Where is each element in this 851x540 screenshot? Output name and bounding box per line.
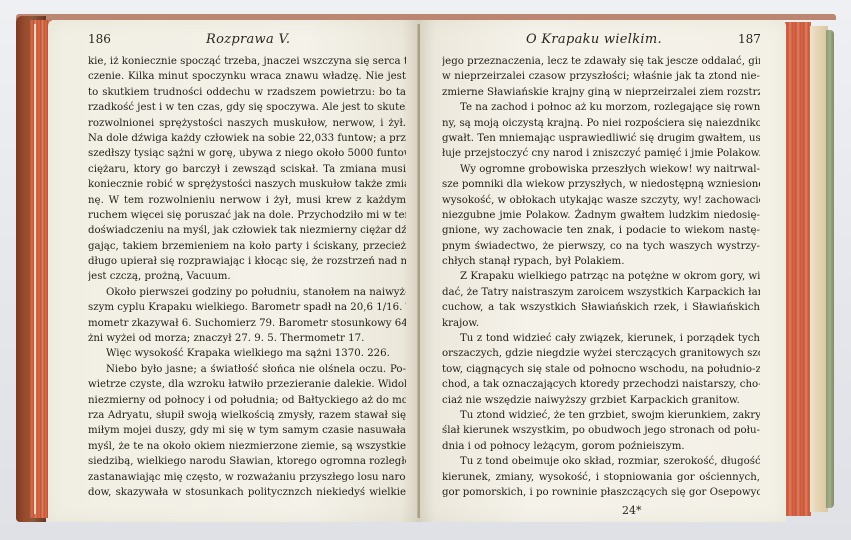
text-line: łuje przejstoczyć cny narod i zniszczyć … <box>442 146 760 161</box>
text-line: wietrze czyste, dla wzroku łatwiło przez… <box>88 377 406 392</box>
text-line: niezmierny od połnocy i od południa; od … <box>88 393 406 408</box>
text-line: zmierne Sławiańskie krajny giną w nieprz… <box>442 85 760 100</box>
right-page-body: jego przeznaczenia, lecz te zdawały się … <box>442 54 760 500</box>
text-line: szym cyplu Krapaku wielkiego. Barometr s… <box>88 300 406 315</box>
text-line: koniecznie robić w sprężystości naszych … <box>88 177 406 192</box>
text-line: zastanawiając mię często, w rozważaniu p… <box>88 470 406 485</box>
text-line: ciaż nie wszędzie naiwyższy grzbiet Karp… <box>442 393 760 408</box>
text-line: Około pierwszei godziny po południu, sta… <box>88 285 406 300</box>
text-line: tow, ciągnących się stale od połnocno ws… <box>442 362 760 377</box>
text-line: to skutkiem trudności oddechu w rzadszem… <box>88 85 406 100</box>
text-line: rzadkość jest i w ten czas, gdy się spoc… <box>88 100 406 115</box>
text-line: Wy ogromne grobowiska przeszłych wiekow!… <box>442 162 760 177</box>
text-line: gwałt. Ten mniemając usprawiedliwić się … <box>442 131 760 146</box>
text-line: ny, są moją oiczystą krajną. Po niei roz… <box>442 116 760 131</box>
text-line: rozwolnionei sprężystości naszych muskuł… <box>88 116 406 131</box>
text-line: pnym świadectwo, że pierwszy, co na tych… <box>442 239 760 254</box>
text-line: myśl, że te na około okiem niezmierzone … <box>88 439 406 454</box>
right-page-block-red-edge <box>785 22 811 516</box>
text-line: gnione, wy zachowacie ten znak, i podaci… <box>442 223 760 238</box>
text-line: Niebo było jasne; a światłość słońca nie… <box>88 362 406 377</box>
text-line: Na dole dźwiga każdy człowiek na sobie 2… <box>88 131 406 146</box>
left-page-number: 186 <box>88 32 111 46</box>
text-line: wysokość, w obłokach utykając wasze szcz… <box>442 193 760 208</box>
text-line: Te na zachod i połnoc aż ku morzom, rozl… <box>442 100 760 115</box>
text-line: dow, skazywała w stosunkach politycznzch… <box>88 485 406 500</box>
text-line: miłym mojei duszy, gdy mi się w tym samy… <box>88 423 406 438</box>
text-line: kierunek, zmiany, wysokość, i stopniowan… <box>442 470 760 485</box>
text-line: rza Adryatu, słupił swoją wielkością zmy… <box>88 408 406 423</box>
left-page: 186 Rozprawa V. kie, iż koniecznie spocz… <box>48 20 420 522</box>
signature-mark: 24* <box>622 504 642 517</box>
right-page-number: 187 <box>738 32 761 46</box>
right-page: O Krapaku wielkim. 187 jego przeznaczeni… <box>420 20 786 522</box>
text-line: gając, takiem brzemieniem na koło party … <box>88 239 406 254</box>
text-line: żni wyżei od morza; znaczył 27. 9. 5. Th… <box>88 331 406 346</box>
text-line: nę. W tem rozwolnieniu nerwow i żył, mus… <box>88 193 406 208</box>
text-line: doświadczeniu na myśl, jak człowiek tak … <box>88 223 406 238</box>
text-line: dnia i od połnocy leżącym, gorom poźniei… <box>442 439 760 454</box>
text-line: ślał kierunek wszystkim, po obudwoch jeg… <box>442 423 760 438</box>
text-line: jest czczą, prożną, Vacuum. <box>88 269 406 284</box>
text-line: cuchow, a tak wszystkich Sławiańskich rz… <box>442 300 760 315</box>
text-line: siedzibą, wielkiego narodu Sławian, ktor… <box>88 454 406 469</box>
right-running-title: O Krapaku wielkim. <box>526 32 662 47</box>
text-line: chod, a tak oznaczających ktoredy przech… <box>442 377 760 392</box>
text-line: w nieprzeirzalei czasow przyszłości; wła… <box>442 69 760 84</box>
text-line: niezgubne jmie Polakow. Żadnym gwałtem l… <box>442 208 760 223</box>
text-line: sze pomniki dla wiekow przyszłych, w nie… <box>442 177 760 192</box>
left-page-header: 186 Rozprawa V. <box>48 32 420 50</box>
text-line: Tu z tond obeimuje oko skład, rozmiar, s… <box>442 454 760 469</box>
book-right-cover <box>826 30 834 508</box>
text-line: mometr zkazywał 6. Suchomierz 79. Barome… <box>88 316 406 331</box>
text-line: Tu ztond widzieć, że ten grzbiet, swojm … <box>442 408 760 423</box>
text-line: kie, iż koniecznie spocząć trzeba, jnacz… <box>88 54 406 69</box>
text-line: Tu z tond widzieć cały związek, kierunek… <box>442 331 760 346</box>
text-line: czenie. Kilka minut spoczynku wraca znaw… <box>88 69 406 84</box>
text-line: orszaczych, gdzie niegdzie wyżei sterczą… <box>442 346 760 361</box>
text-line: chłych stanął rypach, był Polakiem. <box>442 254 760 269</box>
left-page-body: kie, iż koniecznie spocząć trzeba, jnacz… <box>88 54 406 500</box>
text-line: Więc wysokość Krapaka wielkiego ma sążni… <box>88 346 406 361</box>
right-page-header: O Krapaku wielkim. 187 <box>420 32 786 50</box>
left-edge-highlight <box>34 24 36 514</box>
text-line: Z Krapaku wielkiego patrząc na potężne w… <box>442 269 760 284</box>
text-line: gor pomorskich, i po rowninie płaszczący… <box>442 485 760 500</box>
text-line: jego przeznaczenia, lecz te zdawały się … <box>442 54 760 69</box>
text-line: ciężaru, ktory go barczył i zewsząd scis… <box>88 162 406 177</box>
text-line: długo upierał się rozprawiając i kłocąc … <box>88 254 406 269</box>
left-running-title: Rozprawa V. <box>206 32 290 47</box>
text-line: szedłszy tysiąc sążni w gorę, ubywa z ni… <box>88 146 406 161</box>
text-line: krajow. <box>442 316 760 331</box>
text-line: dać, że Tatry naistraszym zaroicem wszys… <box>442 285 760 300</box>
text-line: ruchem więcei się poruszać jak na dole. … <box>88 208 406 223</box>
